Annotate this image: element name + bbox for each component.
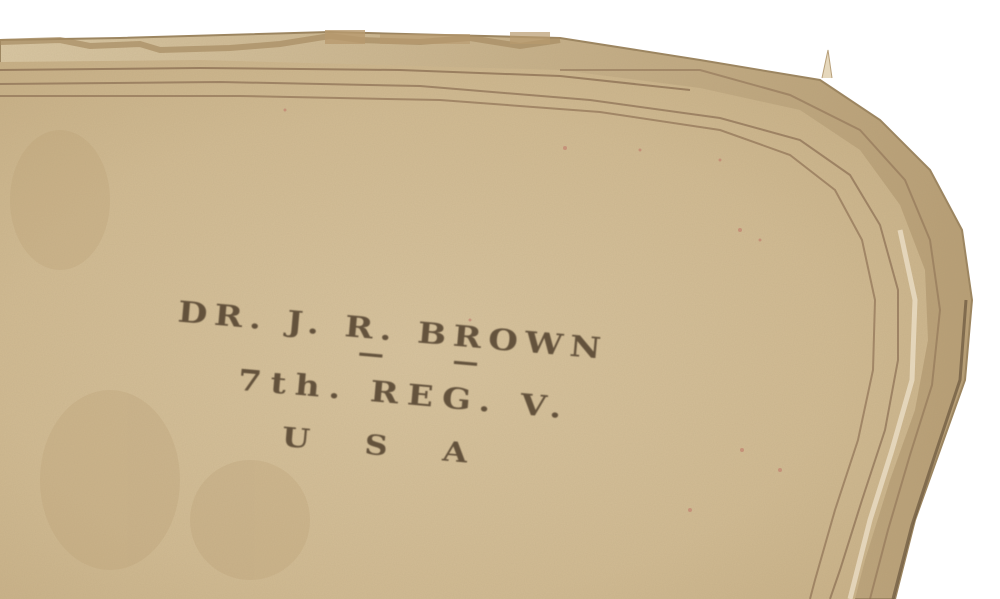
leather-photo: DR. J. R. BROWN — — 7th. REG. V. U S A bbox=[0, 0, 1000, 599]
leather-panel bbox=[0, 0, 1000, 599]
